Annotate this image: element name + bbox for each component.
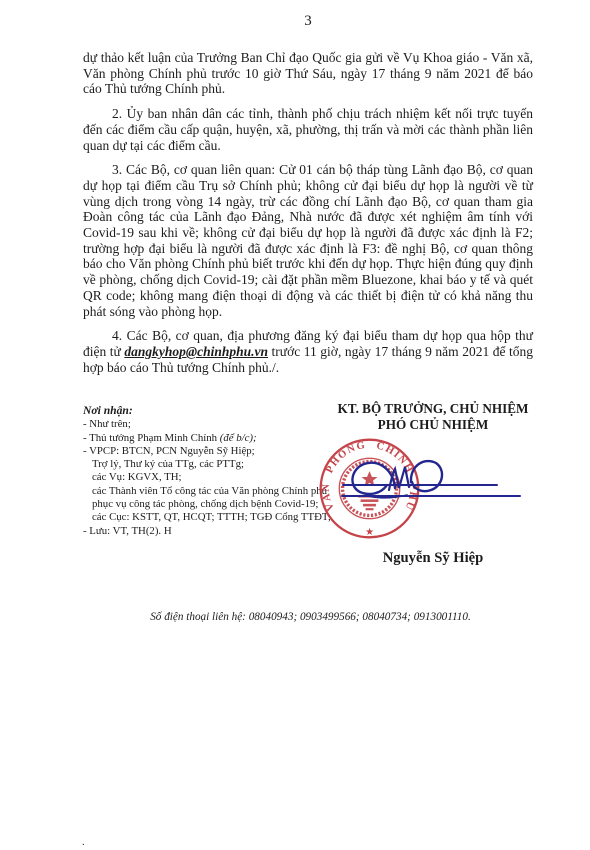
recipient-line-note: (để b/c); — [220, 432, 257, 444]
signature-subheading: PHÓ CHỦ NHIỆM — [322, 417, 544, 433]
body-paragraph: 4. Các Bộ, cơ quan, địa phương đăng ký đ… — [83, 328, 533, 375]
contact-phone-line: Số điện thoại liên hệ: 08040943; 0903499… — [148, 611, 473, 623]
stamp-star-icon: ★ — [365, 527, 374, 538]
recipient-line: các Thành viên Tổ công tác của Văn phòng… — [83, 485, 353, 498]
body-paragraph: 2. Ủy ban nhân dân các tỉnh, thành phố c… — [83, 106, 533, 153]
signer-name: Nguyễn Sỹ Hiệp — [333, 550, 533, 567]
email-address: dangkyhop@chinhphu.vn — [124, 344, 268, 359]
body-paragraph: 3. Các Bộ, cơ quan liên quan: Cử 01 cán … — [83, 162, 533, 319]
recipient-line: - VPCP: BTCN, PCN Nguyễn Sỹ Hiệp; — [83, 445, 353, 458]
recipient-line-text: - Thủ tướng Phạm Minh Chính — [83, 432, 220, 444]
document-page: 3 dự thảo kết luận của Trưởng Ban Chỉ đạ… — [0, 0, 590, 850]
recipient-line: - Lưu: VT, TH(2). H — [83, 525, 353, 538]
recipients-header: Nơi nhận: — [83, 404, 353, 417]
recipient-line: các Cục: KSTT, QT, HCQT; TTTH; TGĐ Cổng … — [83, 511, 353, 524]
signature-heading: KT. BỘ TRƯỞNG, CHỦ NHIỆM — [322, 401, 544, 417]
recipients-block: Nơi nhận: - Như trên; - Thủ tướng Phạm M… — [83, 404, 353, 538]
signature-block-heading: KT. BỘ TRƯỞNG, CHỦ NHIỆM PHÓ CHỦ NHIỆM — [322, 401, 544, 432]
recipient-line: các Vụ: KGVX, TH; — [83, 471, 353, 484]
page-number: 3 — [83, 13, 533, 30]
body-text: dự thảo kết luận của Trưởng Ban Chỉ đạo … — [83, 50, 533, 375]
body-paragraph: dự thảo kết luận của Trưởng Ban Chỉ đạo … — [83, 50, 533, 97]
stray-mark: . — [82, 836, 85, 848]
recipient-line: Trợ lý, Thư ký của TTg, các PTTg; — [83, 458, 353, 471]
handwritten-signature — [333, 452, 533, 507]
recipient-line: - Như trên; — [83, 418, 353, 431]
recipient-line: phục vụ công tác phòng, chống dịch bệnh … — [83, 498, 353, 511]
recipient-line: - Thủ tướng Phạm Minh Chính (để b/c); — [83, 432, 353, 445]
